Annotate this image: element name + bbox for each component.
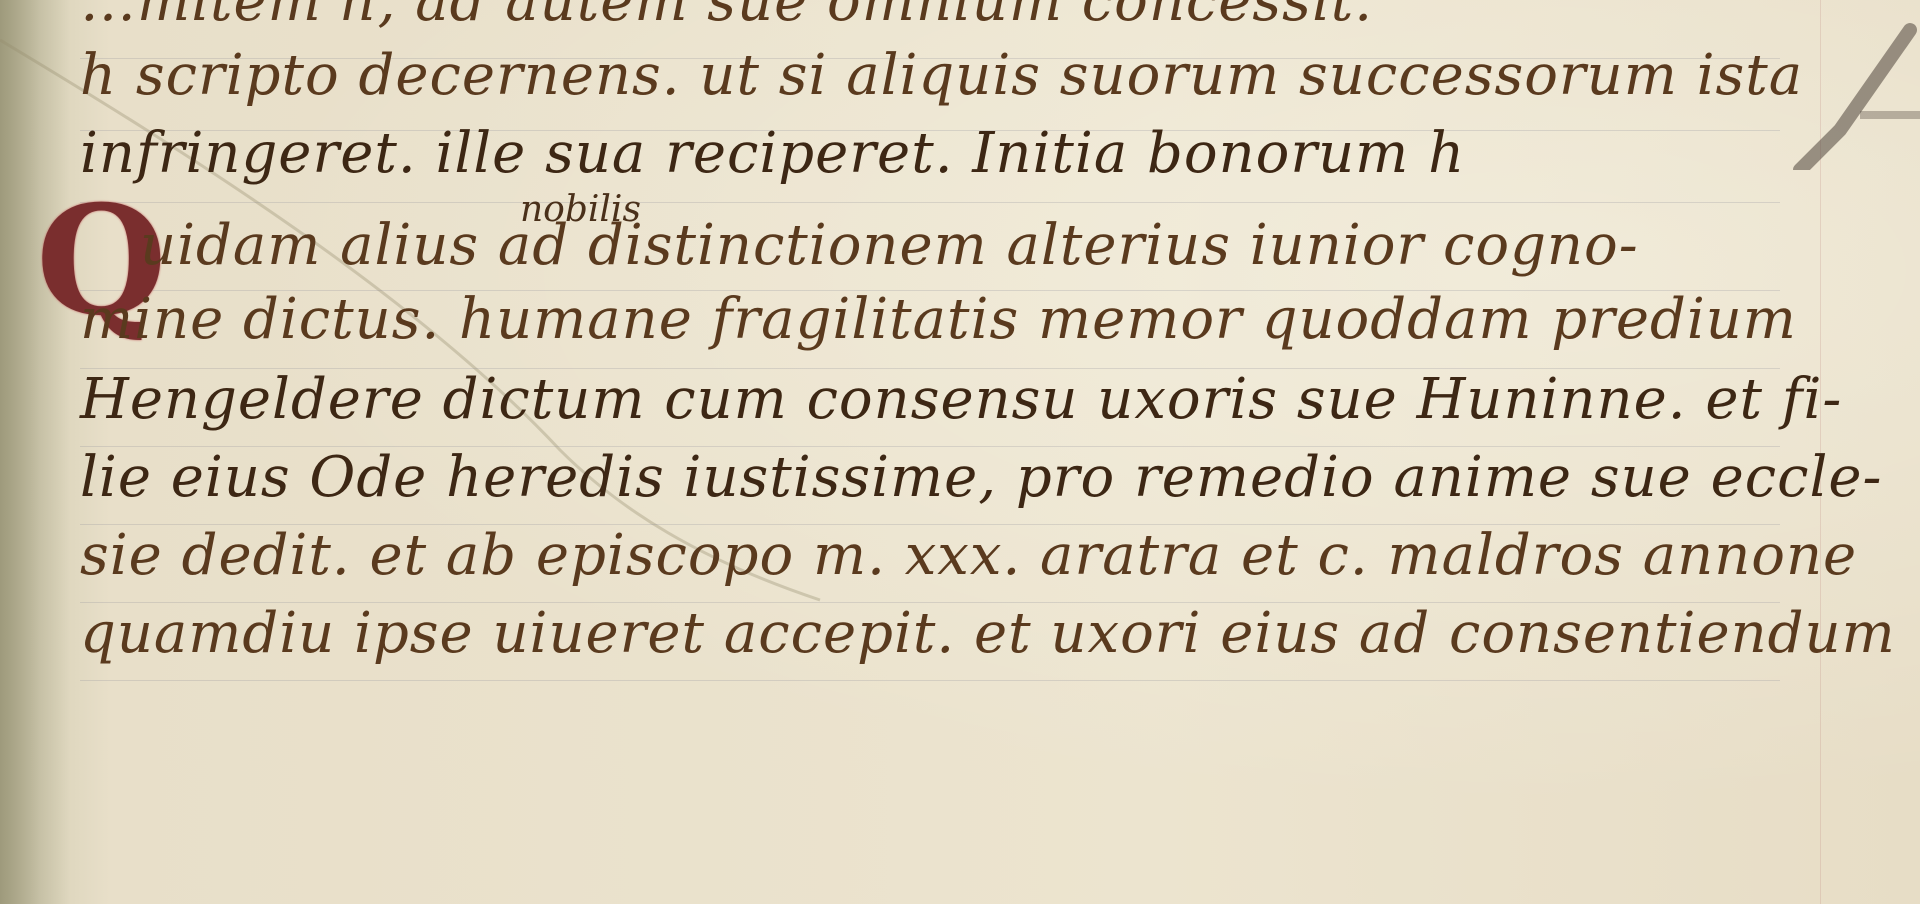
binding-shadow	[0, 0, 70, 904]
text-line-5: mine dictus. humane fragilitatis memor q…	[80, 290, 1797, 350]
text-line-9: quamdiu ipse uiueret accepit. et uxori e…	[80, 604, 1896, 664]
manuscript-page: …mitem h, ad autem sue omnium concessit.…	[0, 0, 1920, 904]
text-line-3: infringeret. ille sua reciperet. Initia …	[80, 124, 1465, 184]
text-line-7: lie eius Ode heredis iustissime, pro rem…	[80, 448, 1882, 508]
text-line-8: sie dedit. et ab episcopo m. xxx. aratra…	[80, 526, 1857, 586]
text-line-2: h scripto decernens. ut si aliquis suoru…	[80, 46, 1803, 106]
ruling-line	[80, 680, 1780, 681]
text-line-4: uidam alius ad distinctionem alterius iu…	[140, 216, 1639, 276]
marginal-pen-mark	[1780, 20, 1920, 170]
ruling-line	[80, 202, 1780, 203]
text-line-1: …mitem h, ad autem sue omnium concessit.	[80, 0, 1373, 32]
text-line-6: Hengeldere dictum cum consensu uxoris su…	[80, 370, 1842, 430]
